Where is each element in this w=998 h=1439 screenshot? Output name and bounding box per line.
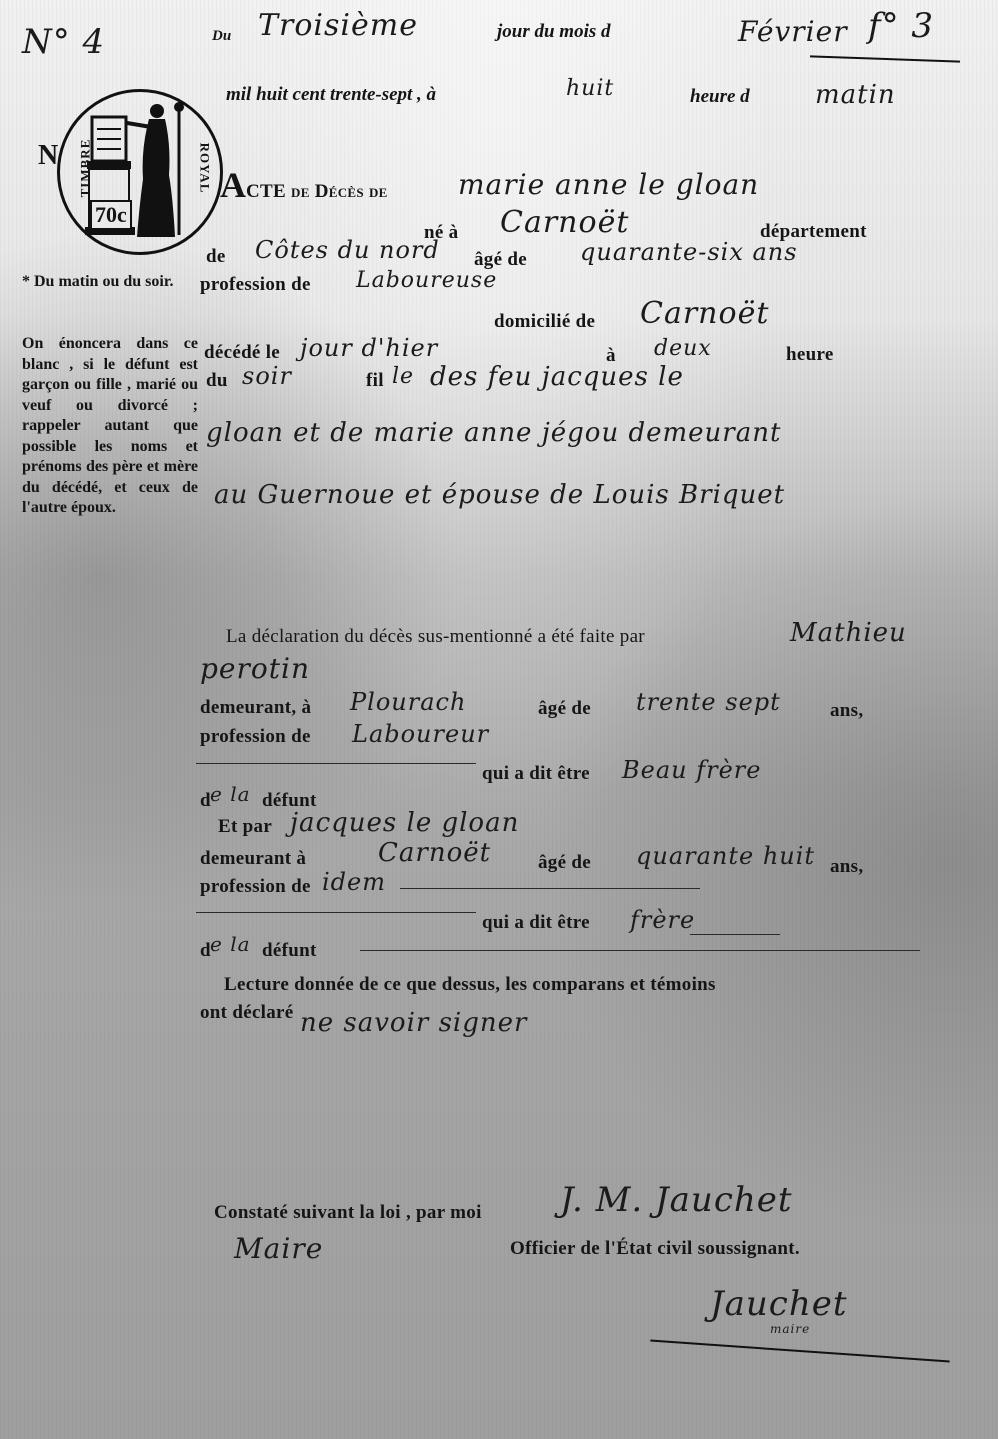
certified-label: Constaté suivant la loi , par moi — [214, 1202, 482, 1224]
blank-line — [360, 950, 920, 951]
deceased-profession: Laboureuse — [356, 268, 497, 293]
declaration-intro: La déclaration du décès sus-mentionné a … — [226, 626, 645, 648]
header-hour-label: heure d — [690, 86, 750, 108]
declarant2-residence: Carnoët — [378, 838, 491, 868]
declarant2-years-label: ans, — [830, 856, 863, 878]
declarant2-relation: frère — [630, 906, 695, 934]
declarant2-profession-label: profession de — [200, 876, 311, 898]
declarant1-profession: Laboureur — [352, 720, 489, 748]
hour-label: heure — [786, 344, 834, 366]
corner-folio-note: f° 3 — [868, 6, 934, 46]
declarant2-intro: Et par — [218, 816, 272, 838]
stamp-value: 70c — [90, 200, 132, 230]
declarant2-residence-label: demeurant à — [200, 848, 306, 870]
declarant2-relation-label: qui a dit être — [482, 912, 590, 934]
de-label: de — [206, 246, 226, 268]
declarant1-profession-label: profession de — [200, 726, 311, 748]
blank-line — [690, 934, 780, 935]
declarant1-residence: Plourach — [350, 688, 466, 716]
profession-label: profession de — [200, 274, 311, 296]
margin-note-time: * Du matin ou du soir. — [22, 272, 198, 293]
declarant1-surname: perotin — [200, 652, 310, 685]
officer-signature: Jauchet — [710, 1284, 848, 1324]
stamp-right-text: ROYAL — [197, 143, 213, 194]
acte-title: ACTE de Décès de — [220, 164, 388, 206]
royal-tax-stamp: TIMBRE ROYAL 70c — [57, 89, 223, 255]
declarant2-defunt-article: e la — [210, 932, 251, 956]
header-hour: huit — [566, 76, 614, 101]
declared-statement: ne savoir signer — [300, 1008, 527, 1038]
declarant1-residence-label: demeurant, à — [200, 697, 311, 719]
declarant2-defunt-label: défunt — [262, 940, 317, 962]
acte-label: CTE de Décès de — [246, 181, 388, 202]
header-month: Février — [738, 15, 848, 48]
parents-line-2: gloan et de marie anne jégou demeurant — [206, 418, 781, 448]
stamp-left-text: TIMBRE — [77, 139, 93, 198]
deceased-name: marie anne le gloan — [458, 168, 759, 201]
officer-name: J. M. Jauchet — [560, 1180, 793, 1220]
officer-label: Officier de l'État civil soussignant. — [510, 1238, 800, 1260]
officer-title: Maire — [234, 1232, 323, 1265]
declarant1-relation-label: qui a dit être — [482, 763, 590, 785]
declarant2-name: jacques le gloan — [290, 808, 519, 838]
department: Côtes du nord — [255, 236, 440, 264]
child-of-label: fil — [366, 370, 384, 392]
deceased-age: quarante-six ans — [580, 238, 798, 266]
declarant1-firstname: Mathieu — [790, 618, 907, 648]
blank-line — [400, 888, 700, 889]
header-year-label: mil huit cent trente-sept , à — [226, 84, 436, 106]
domicile: Carnoët — [640, 296, 769, 331]
acte-initial: A — [220, 165, 246, 205]
header-day: Troisième — [258, 8, 418, 43]
death-period: soir — [242, 362, 292, 390]
du-label: du — [206, 370, 228, 392]
birthplace: Carnoët — [500, 205, 629, 240]
declarant1-age-label: âgé de — [538, 698, 591, 720]
blank-line — [196, 763, 476, 764]
death-hour: deux — [654, 336, 712, 361]
declarant2-age-label: âgé de — [538, 852, 591, 874]
declarant1-defunt-article: e la — [210, 782, 251, 806]
header-month-label: jour du mois d — [497, 21, 611, 43]
deceased-on-label: décédé le — [204, 342, 280, 364]
parents-line-3: au Guernoue et épouse de Louis Briquet — [214, 480, 785, 510]
n-label: N — [38, 140, 59, 172]
margin-note-instructions: On énoncera dans ce blanc , si le défunt… — [22, 334, 198, 519]
parents-line-1: des feu jacques le — [430, 362, 684, 392]
reading-statement: Lecture donnée de ce que dessus, les com… — [224, 974, 716, 996]
declarant1-relation: Beau frère — [622, 756, 761, 784]
child-of-suffix: le — [392, 364, 414, 389]
header-period: matin — [815, 80, 896, 110]
declarant1-age: trente sept — [636, 688, 781, 716]
blank-line — [196, 912, 476, 913]
declarant1-years-label: ans, — [830, 700, 863, 722]
officer-signature-title: maire — [770, 1322, 810, 1336]
declarant2-profession: idem — [322, 868, 386, 896]
domicile-label: domicilié de — [494, 311, 595, 333]
declarant2-age: quarante huit — [636, 842, 815, 870]
record-number: N° 4 — [22, 22, 105, 62]
header-du-label: Du — [212, 28, 231, 45]
death-day: jour d'hier — [300, 334, 438, 362]
declared-label: ont déclaré — [200, 1002, 294, 1024]
